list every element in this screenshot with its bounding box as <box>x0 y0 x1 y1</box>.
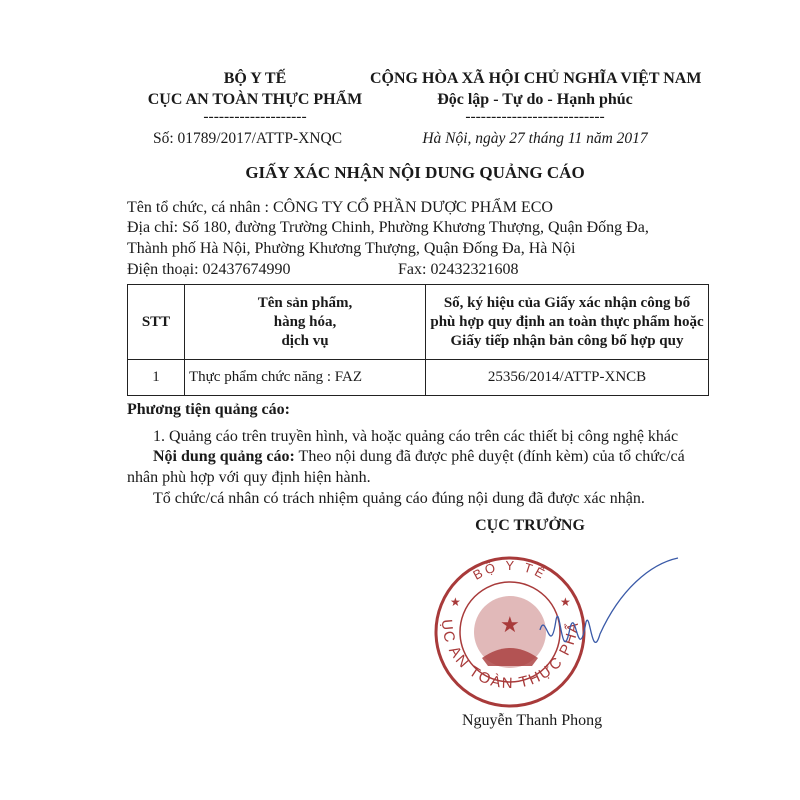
header-product: Tên sản phẩm, hàng hóa, dịch vụ <box>185 285 426 360</box>
content-text: Theo nội dung đã được phê duyệt (đính kè… <box>295 448 685 465</box>
cell-product: Thực phẩm chức năng : FAZ <box>185 360 426 396</box>
org-name: Tên tổ chức, cá nhân : CÔNG TY CỔ PHẦN D… <box>127 199 553 217</box>
document-title: GIẤY XÁC NHẬN NỘI DUNG QUẢNG CÁO <box>120 163 710 183</box>
table-header-row: STT Tên sản phẩm, hàng hóa, dịch vụ Số, … <box>128 285 709 360</box>
signer-title: CỤC TRƯỞNG <box>430 517 630 535</box>
org-fax: Fax: 02432321608 <box>398 261 518 279</box>
content-label: Nội dung quảng cáo: <box>153 448 295 465</box>
svg-text:BỘ Y TẾ: BỘ Y TẾ <box>470 558 549 583</box>
content-line2: nhân phù hợp với quy định hiện hành. <box>127 469 371 487</box>
national-motto: Độc lập - Tự do - Hạnh phúc <box>370 91 700 109</box>
cell-certificate: 25356/2014/ATTP-XNCB <box>426 360 709 396</box>
official-stamp-icon: BỘ Y TẾ CỤC AN TOÀN THỰC PHẨM ★ ★ ★ <box>420 550 680 720</box>
cell-stt: 1 <box>128 360 185 396</box>
country-name: CỘNG HÒA XÃ HỘI CHỦ NGHĨA VIỆT NAM <box>370 70 700 88</box>
org-address-line2: Thành phố Hà Nội, Phường Khương Thượng, … <box>127 240 575 258</box>
product-table: STT Tên sản phẩm, hàng hóa, dịch vụ Số, … <box>127 284 709 396</box>
svg-text:★: ★ <box>560 595 571 609</box>
table-row: 1 Thực phẩm chức năng : FAZ 25356/2014/A… <box>128 360 709 396</box>
svg-text:★: ★ <box>500 612 520 637</box>
org-address-line1: Địa chỉ: Số 180, đường Trường Chinh, Phư… <box>127 219 649 237</box>
left-divider: -------------------- <box>130 108 380 126</box>
issue-date: Hà Nội, ngày 27 tháng 11 năm 2017 <box>370 130 700 148</box>
header-certificate: Số, ký hiệu của Giấy xác nhận công bố ph… <box>426 285 709 360</box>
department-name: CỤC AN TOÀN THỰC PHẨM <box>130 91 380 109</box>
svg-text:★: ★ <box>450 595 461 609</box>
responsibility-statement: Tổ chức/cá nhân có trách nhiệm quảng cáo… <box>153 490 645 508</box>
signer-name: Nguyễn Thanh Phong <box>462 712 602 730</box>
document-number: Số: 01789/2017/ATTP-XNQC <box>153 130 342 148</box>
right-divider: --------------------------- <box>370 108 700 126</box>
header-stt: STT <box>128 285 185 360</box>
content-line1: Nội dung quảng cáo: Theo nội dung đã đượ… <box>153 448 685 466</box>
media-item-1: 1. Quảng cáo trên truyền hình, và hoặc q… <box>153 428 678 446</box>
ministry-name: BỘ Y TẾ <box>130 70 380 88</box>
media-label: Phương tiện quảng cáo: <box>127 401 290 419</box>
org-phone: Điện thoại: 02437674990 <box>127 261 291 279</box>
